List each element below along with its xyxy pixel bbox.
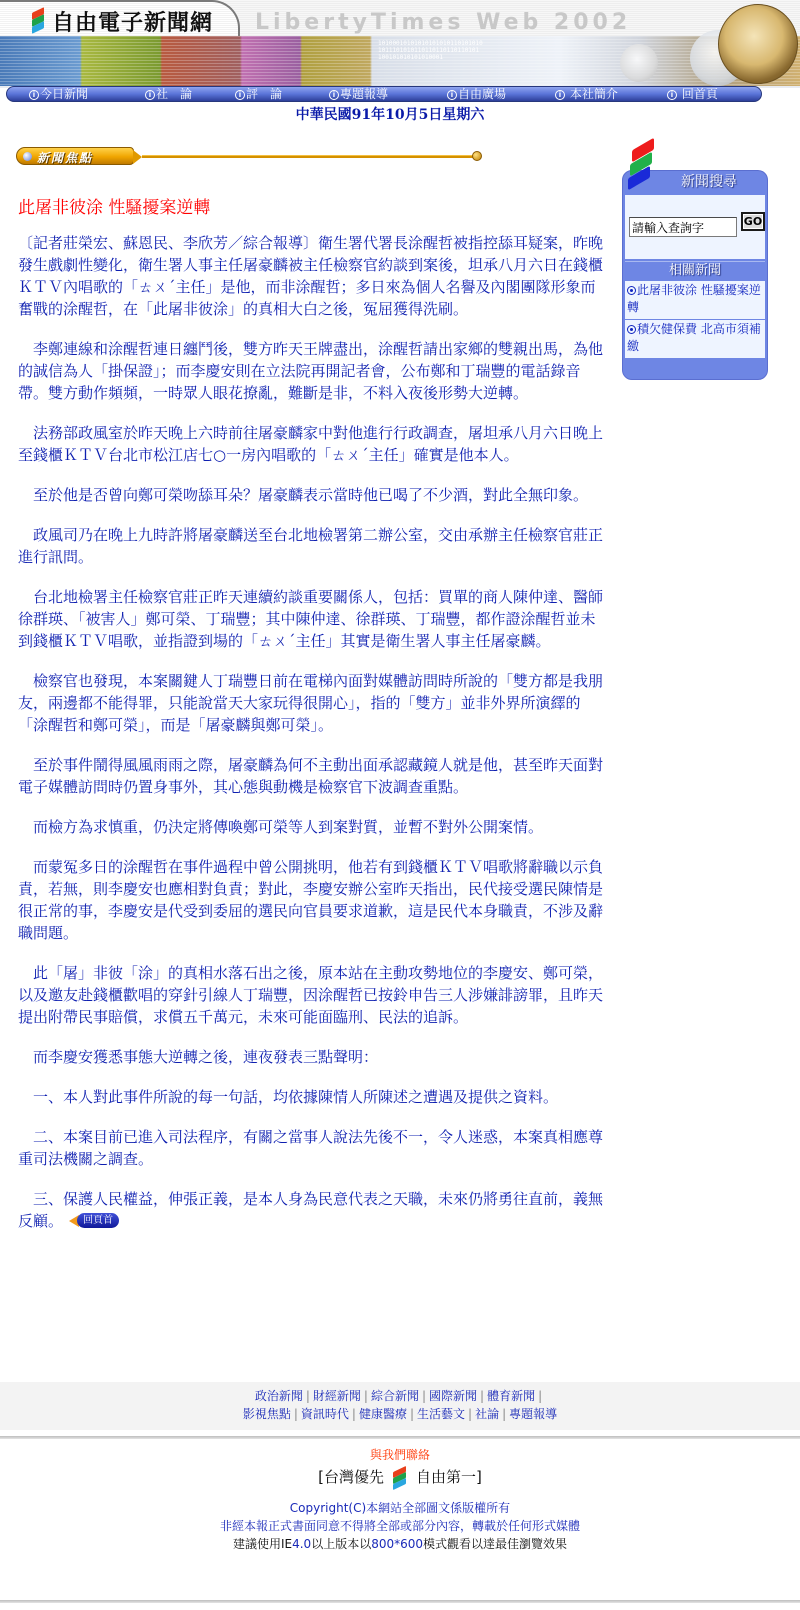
separator: | bbox=[480, 1389, 484, 1403]
nav-label: 回首頁 bbox=[682, 87, 718, 101]
nav-label: 今日新聞 bbox=[40, 87, 88, 101]
nav-label: 專題報導 bbox=[340, 87, 388, 101]
nav-label: 評 論 bbox=[246, 87, 282, 101]
separator: | bbox=[410, 1407, 414, 1421]
contact-us-link[interactable]: 與我們聯絡 bbox=[0, 1446, 800, 1463]
footer-bottom-divider bbox=[0, 1600, 800, 1603]
divider-line bbox=[142, 155, 474, 158]
slogan-left: [台灣優先 bbox=[318, 1468, 384, 1486]
info-icon: i bbox=[29, 90, 39, 100]
page-date: 中華民國91年10月5日星期六 bbox=[0, 104, 780, 124]
footer-link-editorial[interactable]: 社論 bbox=[475, 1407, 499, 1421]
article-paragraph: 而李慶安獲悉事態大逆轉之後，連夜發表三點聲明： bbox=[18, 1046, 606, 1068]
separator: | bbox=[364, 1389, 368, 1403]
browser-version: 4.0 bbox=[292, 1537, 311, 1551]
news-focus-label: 新聞焦點 bbox=[37, 149, 93, 166]
separator: | bbox=[294, 1407, 298, 1421]
search-input[interactable] bbox=[629, 217, 737, 237]
news-focus-pill: 新聞焦點 bbox=[16, 147, 134, 165]
clock-image-large bbox=[718, 4, 798, 84]
article-headline: 此屠非彼涂 性騷擾案逆轉 bbox=[18, 193, 210, 218]
reprint-notice: 非經本報正式書面同意不得將全部或部分內容，轉載於任何形式媒體 bbox=[0, 1517, 800, 1535]
clock-image-small bbox=[620, 44, 658, 82]
bullet-circle-icon bbox=[627, 286, 636, 295]
browser-resolution: 800*600 bbox=[371, 1537, 423, 1551]
info-icon: i bbox=[555, 90, 565, 100]
separator: | bbox=[352, 1407, 356, 1421]
site-title: 自由電子新聞網 bbox=[52, 6, 213, 37]
browser-text: 模式觀看以達最佳瀏覽效果 bbox=[423, 1537, 567, 1551]
separator: | bbox=[306, 1389, 310, 1403]
info-icon: i bbox=[329, 90, 339, 100]
article-paragraph: 而蒙冤多日的涂醒哲在事件過程中曾公開挑明，他若有到錢櫃ＫＴＶ唱歌將辭職以示負責，… bbox=[18, 856, 606, 944]
title-tab: 自由電子新聞網 bbox=[0, 0, 240, 36]
search-go-button[interactable]: GO bbox=[741, 212, 765, 231]
article-paragraph: 而檢方為求慎重，仍決定將傳喚鄭可榮等人到案對質，並暫不對外公開案情。 bbox=[18, 816, 606, 838]
slogan-right: 自由第一] bbox=[416, 1468, 482, 1486]
binary-decoration: 10100010101010101010110101010 1011101010… bbox=[378, 40, 483, 61]
copyright-text: Copyright(C)本網站全部圖文係版權所有 bbox=[0, 1499, 800, 1517]
footer-divider bbox=[0, 1436, 800, 1439]
nav-commentary[interactable]: i評 論 bbox=[235, 87, 282, 102]
article-paragraph: 至於事件鬧得風風雨雨之際，屠豪麟為何不主動出面承認藏鏡人就是他，甚至昨天面對電子… bbox=[18, 754, 606, 798]
info-icon: i bbox=[447, 90, 457, 100]
nav-label: 自由廣場 bbox=[458, 87, 506, 101]
nav-liberty-square[interactable]: i自由廣場 bbox=[447, 87, 506, 102]
info-icon: i bbox=[145, 90, 155, 100]
article-paragraph: 一、本人對此事件所說的每一句話，均依據陳情人所陳述之遭遇及提供之資料。 bbox=[18, 1086, 606, 1108]
english-title: LibertyTimes Web 2002 bbox=[255, 10, 631, 35]
footer-links-row-1: 政治新聞|財經新聞|綜合新聞|國際新聞|體育新聞| bbox=[0, 1387, 800, 1405]
related-news-label: 積欠健保費 北高市須補繳 bbox=[627, 322, 761, 353]
footer-link-international[interactable]: 國際新聞 bbox=[429, 1389, 477, 1403]
nav-special-report[interactable]: i專題報導 bbox=[329, 87, 388, 102]
footer-slogan: [台灣優先自由第一] bbox=[0, 1466, 800, 1487]
footer-link-health[interactable]: 健康醫療 bbox=[359, 1407, 407, 1421]
article-paragraph: 二、本案目前已進入司法程序，有關之當事人說法先後不一，令人迷惑，本案真相應尊重司… bbox=[18, 1126, 606, 1170]
related-news-title: 相關新聞 bbox=[625, 261, 765, 279]
footer-link-entertainment[interactable]: 影視焦點 bbox=[243, 1407, 291, 1421]
footer-link-sports[interactable]: 體育新聞 bbox=[487, 1389, 535, 1403]
related-news-link[interactable]: 此屠非彼涂 性騷擾案逆轉 bbox=[625, 281, 765, 319]
footer-link-tech[interactable]: 資訊時代 bbox=[301, 1407, 349, 1421]
info-icon: i bbox=[667, 90, 677, 100]
related-news-label: 此屠非彼涂 性騷擾案逆轉 bbox=[627, 283, 761, 314]
related-news-link[interactable]: 積欠健保費 北高市須補繳 bbox=[625, 320, 765, 358]
footer-link-finance[interactable]: 財經新聞 bbox=[313, 1389, 361, 1403]
browser-text: 以上版本以 bbox=[311, 1537, 371, 1551]
article-paragraph: 台北地檢署主任檢察官莊正昨天連續約談重要關係人，包括：買單的商人陳仲達、醫師徐群… bbox=[18, 586, 606, 652]
search-area: GO bbox=[625, 195, 765, 259]
nav-home[interactable]: i 回首頁 bbox=[667, 87, 718, 102]
news-search-panel: 新聞搜尋 GO 相關新聞 此屠非彼涂 性騷擾案逆轉 積欠健保費 北高市須補繳 bbox=[622, 170, 768, 380]
browser-text: 建議使用IE bbox=[233, 1537, 292, 1551]
article-paragraph: 檢察官也發現，本案關鍵人丁瑞豐日前在電梯內面對媒體訪問時所說的「雙方都是我朋友，… bbox=[18, 670, 606, 736]
article-paragraph: 法務部政風室於昨天晚上六時前往屠豪麟家中對他進行行政調查，屠坦承八月六日晚上至錢… bbox=[18, 422, 606, 466]
bullet-circle-icon bbox=[627, 325, 636, 334]
nav-label: 本社簡介 bbox=[570, 87, 618, 101]
article-paragraph: 此「屠」非彼「涂」的真相水落石出之後，原本站在主動攻勢地位的李慶安、鄭可榮，以及… bbox=[18, 962, 606, 1028]
footer-link-politics[interactable]: 政治新聞 bbox=[255, 1389, 303, 1403]
article-paragraph: 至於他是否曾向鄭可榮吻舔耳朵？屠豪麟表示當時他已喝了不少酒，對此全無印象。 bbox=[18, 484, 606, 506]
footer-copyright: Copyright(C)本網站全部圖文係版權所有 非經本報正式書面同意不得將全部… bbox=[0, 1499, 800, 1553]
line-end-knob-icon bbox=[472, 151, 482, 161]
footer-link-general[interactable]: 綜合新聞 bbox=[371, 1389, 419, 1403]
browser-recommendation: 建議使用IE4.0以上版本以800*600模式觀看以達最佳瀏覽效果 bbox=[0, 1535, 800, 1553]
nav-about[interactable]: i 本社簡介 bbox=[555, 87, 618, 102]
info-icon: i bbox=[235, 90, 245, 100]
article-last-paragraph-wrap: 三、保護人民權益，伸張正義，是本人身為民意代表之天職，未來仍將勇往直前，義無反顧… bbox=[18, 1188, 606, 1232]
article-paragraph: 李鄭連線和涂醒哲連日纏鬥後，雙方昨天王牌盡出，涂醒哲請出家鄉的雙親出馬，為他的誠… bbox=[18, 338, 606, 404]
sidebar-logo-icon bbox=[626, 138, 656, 192]
footer-category-links: 政治新聞|財經新聞|綜合新聞|國際新聞|體育新聞| 影視焦點|資訊時代|健康醫療… bbox=[0, 1382, 800, 1430]
main-nav: i今日新聞 i社 論 i評 論 i專題報導 i自由廣場 i 本社簡介 i 回首頁 bbox=[6, 86, 762, 102]
nav-editorial[interactable]: i社 論 bbox=[145, 87, 192, 102]
footer-links-row-2: 影視焦點|資訊時代|健康醫療|生活藝文|社論|專題報導 bbox=[0, 1405, 800, 1423]
article-body: 〔記者莊榮宏、蘇恩民、李欣芳／綜合報導〕衛生署代署長涂醒哲被指控舔耳疑案，昨晚發… bbox=[18, 232, 606, 1232]
article-paragraph: 〔記者莊榮宏、蘇恩民、李欣芳／綜合報導〕衛生署代署長涂醒哲被指控舔耳疑案，昨晚發… bbox=[18, 232, 606, 320]
news-focus-header: 新聞焦點 bbox=[16, 147, 482, 167]
separator: | bbox=[538, 1389, 542, 1403]
bullet-dot-icon bbox=[23, 152, 32, 161]
nav-label: 社 論 bbox=[156, 87, 192, 101]
separator: | bbox=[468, 1407, 472, 1421]
liberty-logo-icon bbox=[30, 8, 48, 32]
liberty-logo-icon bbox=[392, 1466, 408, 1486]
article-paragraph: 政風司乃在晚上九時許將屠豪麟送至台北地檢署第二辦公室，交由承辦主任檢察官莊正進行… bbox=[18, 524, 606, 568]
back-to-top-label: 回頁首 bbox=[77, 1213, 119, 1228]
footer-link-special-report[interactable]: 專題報導 bbox=[509, 1407, 557, 1421]
footer-link-lifestyle[interactable]: 生活藝文 bbox=[417, 1407, 465, 1421]
nav-today-news[interactable]: i今日新聞 bbox=[29, 87, 88, 102]
separator: | bbox=[502, 1407, 506, 1421]
header-banner: 自由電子新聞網 LibertyTimes Web 2002 1010001010… bbox=[0, 0, 800, 88]
separator: | bbox=[422, 1389, 426, 1403]
back-to-top-button[interactable]: 回頁首 bbox=[69, 1213, 119, 1228]
